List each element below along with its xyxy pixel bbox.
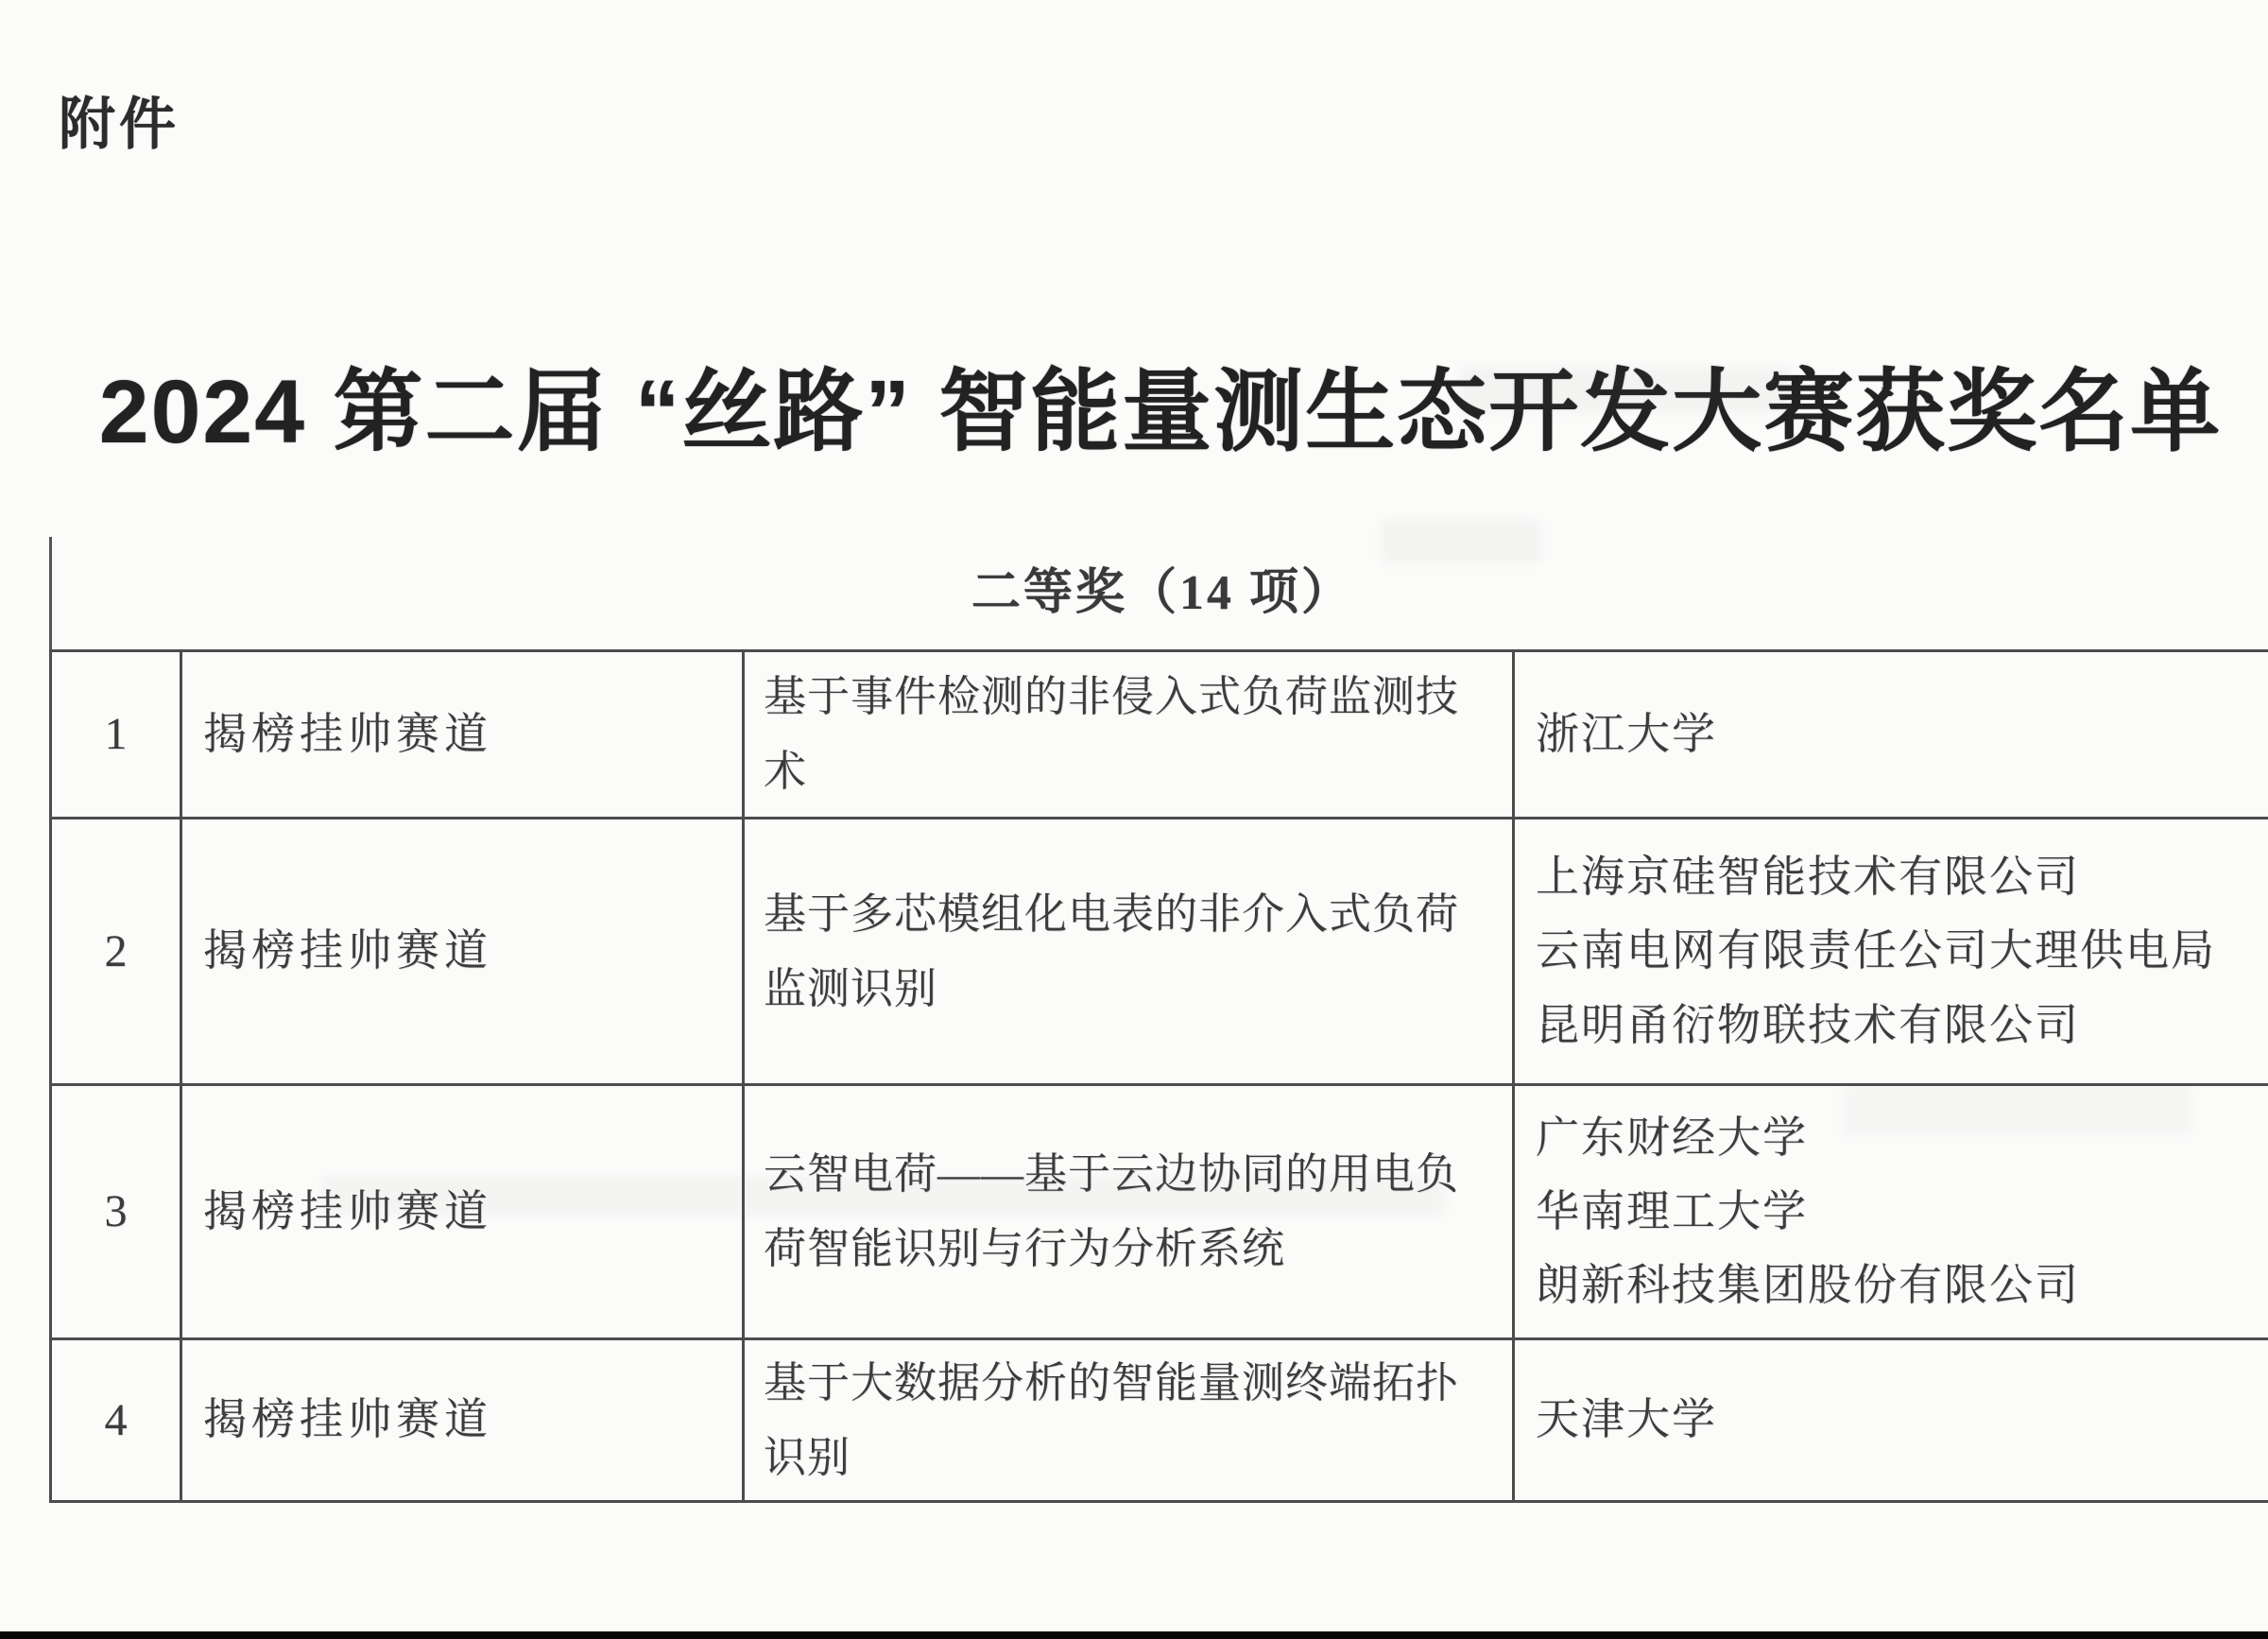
scanned-document-page: 附件 2024 第二届 “丝路” 智能量测生态开发大赛获奖名单 二等奖（14 项…: [0, 0, 2268, 1639]
section-heading: 二等奖（14 项）: [28, 552, 2268, 623]
rank-cell: 4: [49, 1340, 180, 1503]
scan-artifact: [1382, 520, 1540, 563]
organization-line: 华南理工大学: [1536, 1175, 2268, 1249]
awards-table: 1 揭榜挂帅赛道 基于事件检测的非侵入式负荷监测技术 浙江大学 2 揭榜挂帅赛道…: [49, 649, 2268, 1500]
organizations-cell: 上海京硅智能技术有限公司 云南电网有限责任公司大理供电局 昆明甬衍物联技术有限公…: [1512, 819, 2268, 1086]
track-cell: 揭榜挂帅赛道: [180, 819, 742, 1086]
organization-line: 朗新科技集团股份有限公司: [1536, 1249, 2268, 1322]
organization-line: 昆明甬衍物联技术有限公司: [1536, 989, 2268, 1062]
track-cell: 揭榜挂帅赛道: [180, 1340, 742, 1503]
track-cell: 揭榜挂帅赛道: [180, 652, 742, 819]
rank-cell: 2: [49, 819, 180, 1086]
rank-cell: 1: [49, 652, 180, 819]
scan-artifact: [1460, 367, 1791, 412]
project-cell: 基于大数据分析的智能量测终端拓扑识别: [742, 1340, 1512, 1503]
organization-line: 浙江大学: [1536, 698, 2268, 771]
document-title: 2024 第二届 “丝路” 智能量测生态开发大赛获奖名单: [26, 340, 2268, 469]
organization-line: 云南电网有限责任公司大理供电局: [1536, 914, 2268, 988]
attachment-label: 附件: [59, 79, 180, 161]
scan-artifact: [1843, 1085, 2192, 1134]
organization-line: 上海京硅智能技术有限公司: [1536, 840, 2268, 914]
rank-cell: 3: [49, 1086, 180, 1340]
bottom-scan-bar: [0, 1631, 2268, 1639]
table-left-border-stub: [49, 537, 52, 649]
organizations-cell: 天津大学: [1512, 1340, 2268, 1503]
scan-artifact: [321, 1176, 1446, 1216]
organizations-cell: 浙江大学: [1512, 652, 2268, 819]
project-cell: 基于多芯模组化电表的非介入式负荷监测识别: [742, 819, 1512, 1086]
organization-line: 天津大学: [1536, 1383, 2268, 1457]
project-cell: 基于事件检测的非侵入式负荷监测技术: [742, 652, 1512, 819]
